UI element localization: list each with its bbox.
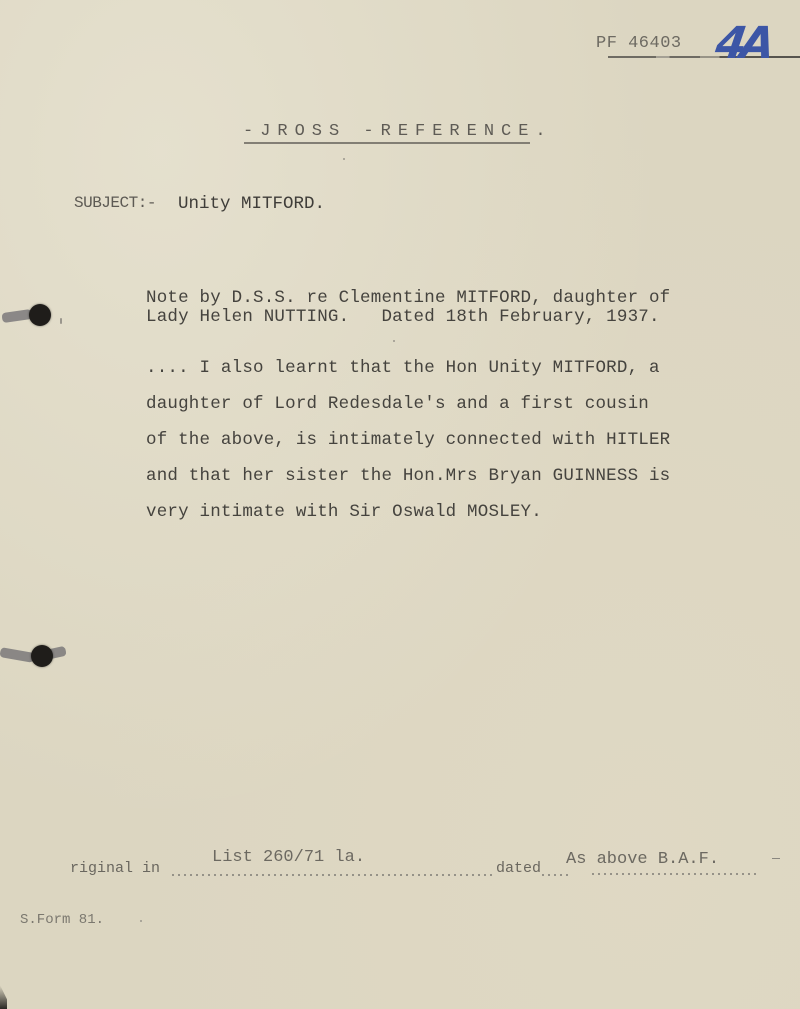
title-underline: [244, 142, 530, 144]
extract-line-3: of the above, is intimately connected wi…: [146, 430, 670, 450]
treasury-tag-shadow: [1, 309, 32, 323]
extract-line-1: .... I also learnt that the Hon Unity MI…: [146, 358, 660, 378]
original-in-value: List 260/71 la.: [212, 848, 365, 867]
form-number: S.Form 81.: [20, 912, 104, 928]
paper-mark: [343, 158, 345, 160]
extract-line-5: very intimate with Sir Oswald MOSLEY.: [146, 502, 542, 522]
dated-value: As above B.A.F.: [566, 850, 719, 869]
paper-mark: [140, 920, 142, 922]
original-in-label: riginal in: [70, 860, 160, 877]
note-line-1: Note by D.S.S. re Clementine MITFORD, da…: [146, 288, 670, 308]
footer-dash: [772, 858, 780, 859]
dotted-leader: [540, 874, 570, 876]
reference-underline: [608, 56, 800, 58]
dotted-leader: [170, 874, 492, 876]
dated-label: dated: [496, 860, 541, 877]
extract-line-2: daughter of Lord Redesdale's and a first…: [146, 394, 649, 414]
subject-value: Unity MITFORD.: [178, 194, 325, 214]
dotted-leader: [590, 873, 760, 875]
note-line-2: Lady Helen NUTTING. Dated 18th February,…: [146, 307, 660, 327]
reference-number: PF 46403: [596, 34, 682, 53]
page-edge-shadow: [0, 985, 7, 1009]
paper-mark: [60, 318, 62, 324]
document-title: -JROSS -REFERENCE.: [243, 122, 553, 141]
subject-label: SUBJECT:-: [74, 194, 156, 212]
document-page: PF 46403 4A -JROSS -REFERENCE. SUBJECT:-…: [0, 0, 800, 1009]
handwritten-folio-number: 4A: [712, 18, 772, 69]
paper-mark: [393, 340, 395, 342]
treasury-tag-shadow: [0, 647, 35, 663]
binder-hole: [31, 645, 53, 667]
binder-hole: [29, 304, 51, 326]
extract-line-4: and that her sister the Hon.Mrs Bryan GU…: [146, 466, 670, 486]
